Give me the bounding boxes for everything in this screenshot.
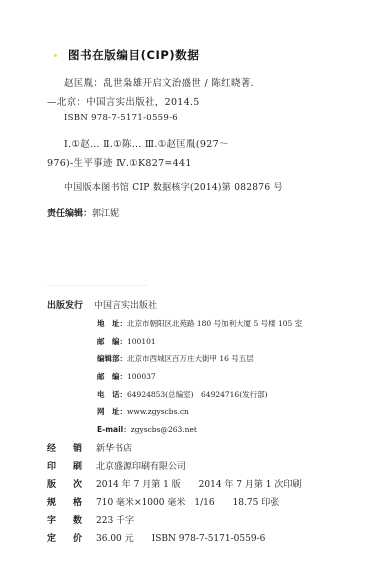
spec-price: 定价36.00 元ISBN 978-7-5171-0559-6 <box>47 531 265 544</box>
cip-book-line: 赵匡胤：乱世枭雄开启文治盛世 / 陈红晓著. <box>64 75 254 89</box>
editor-label: 责任编辑： <box>47 209 92 219</box>
cip-title: 图书在版编目(CIP)数据 <box>68 47 199 63</box>
cip-subject-line-1: Ⅰ.①赵… Ⅱ.①陈… Ⅲ.①赵匡胤(927～ <box>64 136 229 150</box>
cip-isbn-line: ISBN 978-7-5171-0559-6 <box>64 113 178 123</box>
publisher-website: 网 址：www.zgyscbs.cn <box>97 406 189 417</box>
publisher-email: E-mail：zgyscbs@263.net <box>97 424 197 435</box>
publisher-row: 出版发行中国言实出版社 <box>47 298 157 311</box>
spec-distributor: 经销新华书店 <box>47 441 132 454</box>
responsible-editor: 责任编辑：郭江妮 <box>47 206 119 219</box>
decorative-dot <box>54 54 57 57</box>
publisher-label: 出版发行 <box>47 298 94 311</box>
publisher-name: 中国言实出版社 <box>94 301 157 311</box>
editorial-postcode: 邮 编：100037 <box>97 371 156 382</box>
publisher-phone: 电 话：64924853(总编室) 64924716(发行部) <box>97 389 268 400</box>
divider <box>47 285 147 286</box>
editorial-address: 编辑部：北京市西城区百万庄大街甲 16 号五层 <box>97 353 254 364</box>
spec-word-count: 字数223 千字 <box>47 513 134 526</box>
publisher-postcode: 邮 编：100101 <box>97 336 156 347</box>
publisher-address: 地 址：北京市朝阳区北苑路 180 号加利大厦 5 号楼 105 室 <box>97 318 302 329</box>
spec-printer: 印刷北京盛源印刷有限公司 <box>47 459 186 472</box>
cip-record-number: 中国版本图书馆 CIP 数据核字(2014)第 082876 号 <box>64 180 283 193</box>
cip-publisher-line: —北京：中国言实出版社，2014.5 <box>47 94 200 108</box>
editor-name: 郭江妮 <box>92 209 119 219</box>
cip-subject-line-2: 976)-生平事迹 Ⅳ.①K827=441 <box>47 155 192 169</box>
spec-edition: 版次2014 年 7 月第 1 版2014 年 7 月第 1 次印刷 <box>47 477 301 490</box>
spec-format: 规格710 毫米×1000 毫米 1/1618.75 印张 <box>47 495 279 508</box>
